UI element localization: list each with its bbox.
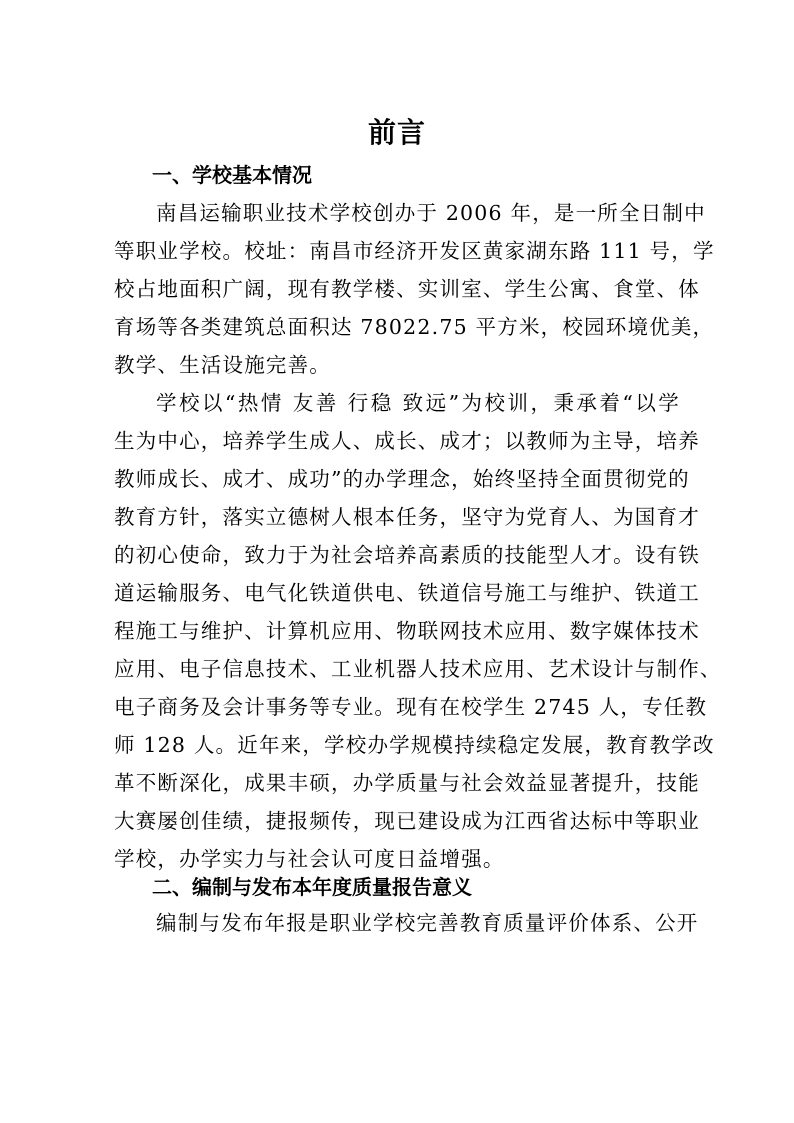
paragraph-line: 学校，办学实力与社会认可度日益增强。 bbox=[114, 844, 680, 874]
paragraph-line: 教师成长、成才、成功”的办学理念，始终坚持全面贯彻党的 bbox=[114, 464, 680, 494]
paragraph-line: 大赛屡创佳绩，捷报频传，现已建设成为江西省达标中等职业 bbox=[114, 806, 680, 836]
paragraph-line: 教学、生活设施完善。 bbox=[114, 350, 680, 380]
paragraph-line: 校占地面积广阔，现有教学楼、实训室、学生公寓、食堂、体 bbox=[114, 274, 680, 304]
paragraph-line: 生为中心，培养学生成人、成长、成才；以教师为主导，培养 bbox=[114, 426, 680, 456]
paragraph-line: 编制与发布年报是职业学校完善教育质量评价体系、公开 bbox=[156, 908, 680, 938]
paragraph-line: 应用、电子信息技术、工业机器人技术应用、艺术设计与制作、 bbox=[114, 654, 680, 684]
page-title: 前言 bbox=[0, 113, 794, 153]
paragraph-line: 南昌运输职业技术学校创办于 2006 年，是一所全日制中 bbox=[156, 198, 680, 228]
paragraph-line: 育场等各类建筑总面积达 78022.75 平方米，校园环境优美， bbox=[114, 312, 680, 342]
paragraph-line: 革不断深化，成果丰硕，办学质量与社会效益显著提升，技能 bbox=[114, 768, 680, 798]
section-heading-1: 一、学校基本情况 bbox=[152, 160, 312, 190]
section-heading-2: 二、编制与发布本年度质量报告意义 bbox=[152, 872, 472, 902]
paragraph-line: 道运输服务、电气化铁道供电、铁道信号施工与维护、铁道工 bbox=[114, 578, 680, 608]
paragraph-line: 等职业学校。校址：南昌市经济开发区黄家湖东路 111 号，学 bbox=[114, 236, 680, 266]
paragraph-line: 师 128 人。近年来，学校办学规模持续稳定发展，教育教学改 bbox=[114, 730, 680, 760]
paragraph-line: 的初心使命，致力于为社会培养高素质的技能型人才。设有铁 bbox=[114, 540, 680, 570]
paragraph-line: 教育方针，落实立德树人根本任务，坚守为党育人、为国育才 bbox=[114, 502, 680, 532]
document-page: 前言 一、学校基本情况 南昌运输职业技术学校创办于 2006 年，是一所全日制中… bbox=[0, 0, 794, 1123]
paragraph-line: 电子商务及会计事务等专业。现有在校学生 2745 人，专任教 bbox=[114, 692, 680, 722]
paragraph-line: 程施工与维护、计算机应用、物联网技术应用、数字媒体技术 bbox=[114, 616, 680, 646]
paragraph-line: 学校以“热情 友善 行稳 致远”为校训，秉承着“以学 bbox=[156, 388, 680, 418]
